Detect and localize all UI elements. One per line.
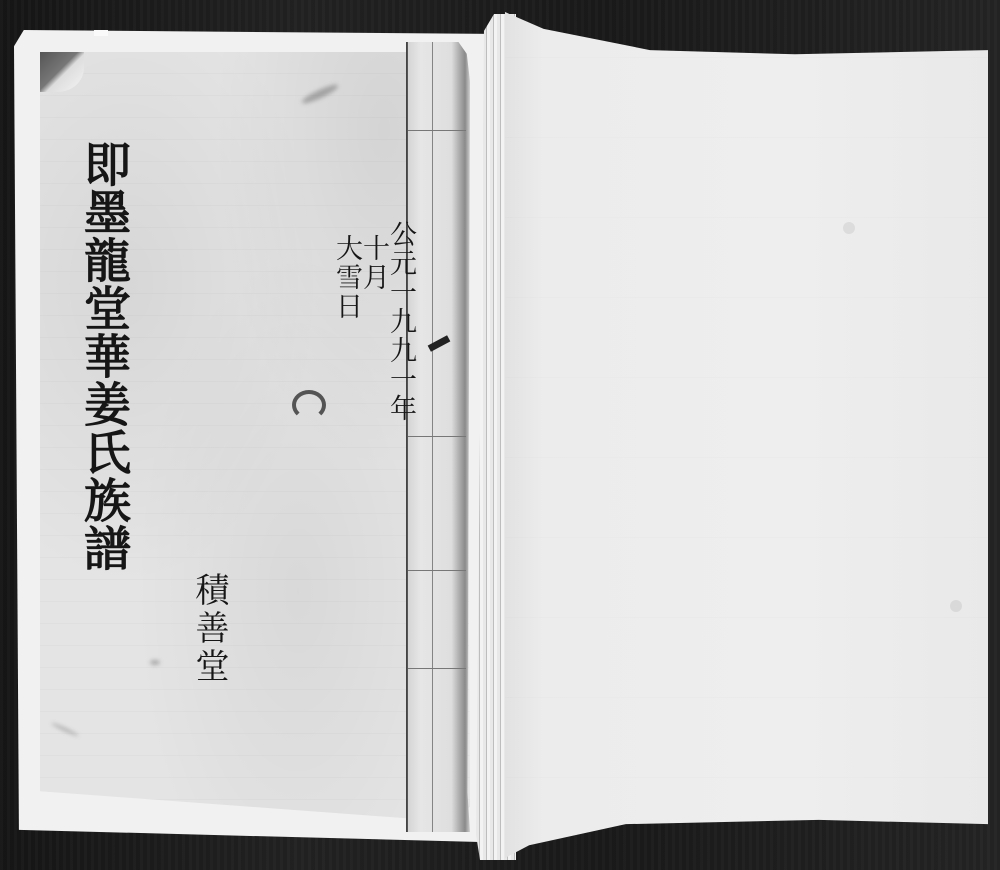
page-spot	[950, 600, 962, 612]
publisher-hall-name: 積善堂	[192, 572, 226, 686]
ink-speck	[150, 660, 160, 665]
binding-stitch	[408, 130, 466, 131]
paper-tab	[94, 30, 108, 36]
page-spot	[843, 222, 855, 234]
date-month: 十月	[360, 234, 387, 423]
worn-hole-mark	[292, 390, 326, 420]
binding-stitch	[408, 668, 466, 669]
binding-spine	[406, 42, 470, 832]
spine-edge-line	[406, 42, 407, 832]
date-year: 公元一九九一年	[387, 220, 414, 423]
date-day: 大雪日	[333, 234, 360, 423]
scan-background: 即墨龍堂華姜氏族譜 公元一九九一年 十月 大雪日 積善堂	[0, 0, 1000, 870]
binding-stitch	[408, 570, 466, 571]
spine-fold-line	[432, 42, 433, 832]
cover-date: 公元一九九一年 十月 大雪日	[333, 220, 414, 423]
cover-title: 即墨龍堂華姜氏族譜	[80, 140, 127, 572]
binding-stitch	[408, 436, 466, 437]
blank-right-page	[505, 12, 988, 858]
